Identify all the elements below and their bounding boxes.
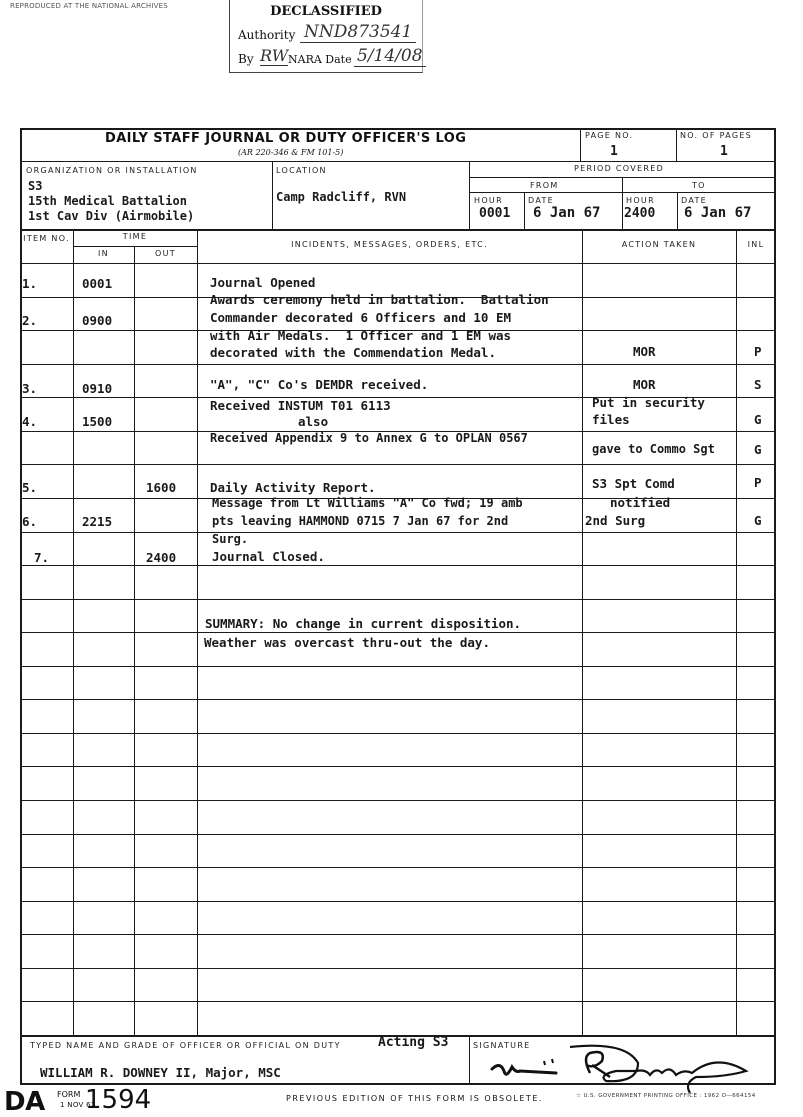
entry-text-line: Daily Activity Report. bbox=[210, 480, 376, 495]
grid-line bbox=[20, 834, 776, 835]
page-no-value: 1 bbox=[610, 144, 618, 159]
entry-action: MOR bbox=[633, 377, 656, 392]
authority-value: NND873541 bbox=[300, 22, 416, 43]
form-word: FORM bbox=[57, 1090, 80, 1099]
grid-line bbox=[20, 968, 776, 969]
organization-label: ORGANIZATION OR INSTALLATION bbox=[26, 166, 198, 175]
page-no-label: PAGE NO. bbox=[585, 131, 633, 140]
authority-label: Authority bbox=[238, 28, 295, 42]
no-of-pages-label: NO. OF PAGES bbox=[680, 131, 752, 140]
organization-line: 15th Medical Battalion bbox=[28, 194, 187, 208]
entry-text-line: Received INSTUM T01 6113 bbox=[210, 398, 391, 413]
grid-line bbox=[20, 599, 776, 600]
no-of-pages-value: 1 bbox=[720, 144, 728, 159]
to-date-value: 6 Jan 67 bbox=[684, 205, 751, 221]
grid-line bbox=[20, 766, 776, 767]
entry-action: 2nd Surg bbox=[585, 513, 645, 528]
entry-text-line: Awards ceremony held in battalion. Batta… bbox=[210, 292, 549, 307]
from-label: FROM bbox=[530, 181, 559, 190]
grid-line bbox=[20, 161, 776, 162]
grid-line bbox=[20, 364, 776, 365]
grid-line bbox=[622, 177, 623, 230]
header-item-no: ITEM NO. bbox=[20, 234, 73, 244]
grid-line bbox=[20, 565, 776, 566]
period-covered-label: PERIOD COVERED bbox=[574, 164, 664, 173]
signature-scrawl-icon bbox=[486, 1043, 776, 1099]
grid-line bbox=[20, 800, 776, 801]
duty-officer-label: TYPED NAME AND GRADE OF OFFICER OR OFFIC… bbox=[30, 1041, 341, 1050]
summary-line: Weather was overcast thru-out the day. bbox=[204, 635, 490, 650]
form-prefix: DA bbox=[4, 1087, 45, 1117]
entry-time-in: 0910 bbox=[82, 381, 112, 396]
grid-line bbox=[20, 699, 776, 700]
entry-action: files bbox=[592, 412, 630, 427]
nara-date-value: 5/14/08 bbox=[354, 46, 426, 67]
entry-item-no: 6. bbox=[22, 514, 37, 529]
header-time: TIME bbox=[73, 232, 197, 241]
entry-time-in: 0900 bbox=[82, 313, 112, 328]
organization-line: 1st Cav Div (Airmobile) bbox=[28, 209, 194, 223]
entry-time-out: 1600 bbox=[146, 480, 176, 495]
duty-officer-name: WILLIAM R. DOWNEY II, Major, MSC bbox=[40, 1065, 281, 1080]
header-inl: INL bbox=[736, 240, 776, 249]
header-incidents: INCIDENTS, MESSAGES, ORDERS, ETC. bbox=[197, 240, 582, 249]
header-action-taken: ACTION TAKEN bbox=[582, 240, 736, 249]
organization-line: S3 bbox=[28, 179, 42, 193]
entry-inl: G bbox=[754, 412, 762, 427]
entry-text-line: also bbox=[298, 414, 328, 429]
entry-time-in: 1500 bbox=[82, 414, 112, 429]
entry-text-line: Surg. bbox=[212, 532, 248, 546]
by-initials: RW bbox=[260, 46, 288, 66]
obsolete-notice: PREVIOUS EDITION OF THIS FORM IS OBSOLET… bbox=[286, 1094, 543, 1103]
header-time-out: OUT bbox=[134, 249, 197, 258]
entry-item-no: 2. bbox=[22, 313, 37, 328]
grid-line bbox=[20, 464, 776, 465]
entry-item-no: 7. bbox=[34, 550, 49, 565]
grid-line bbox=[20, 229, 776, 231]
entry-text-line: Commander decorated 6 Officers and 10 EM bbox=[210, 310, 511, 325]
grid-line bbox=[20, 666, 776, 667]
to-hour-label: HOUR bbox=[626, 196, 655, 205]
from-date-label: DATE bbox=[528, 196, 554, 205]
grid-line bbox=[20, 263, 776, 264]
grid-line bbox=[469, 1035, 470, 1085]
entry-action: S3 Spt Comd bbox=[592, 476, 675, 491]
to-hour-value: 2400 bbox=[624, 206, 655, 221]
declassified-title: DECLASSIFIED bbox=[230, 4, 422, 19]
grid-line bbox=[676, 128, 677, 161]
location-label: LOCATION bbox=[276, 166, 327, 175]
grid-line bbox=[469, 161, 470, 230]
entry-item-no: 4. bbox=[22, 414, 37, 429]
grid-line bbox=[272, 161, 273, 230]
grid-line bbox=[524, 192, 525, 230]
entry-action: MOR bbox=[633, 344, 656, 359]
grid-line bbox=[73, 246, 197, 247]
entry-action: notified bbox=[610, 495, 670, 510]
entry-action: gave to Commo Sgt bbox=[592, 442, 715, 456]
entry-inl: G bbox=[754, 442, 762, 457]
printing-office-note: ☆ U.S. GOVERNMENT PRINTING OFFICE : 1962… bbox=[576, 1093, 756, 1099]
entry-text-line: pts leaving HAMMOND 0715 7 Jan 67 for 2n… bbox=[212, 514, 508, 528]
entry-item-no: 3. bbox=[22, 381, 37, 396]
entry-inl: G bbox=[754, 513, 762, 528]
entry-time-out: 2400 bbox=[146, 550, 176, 565]
grid-line bbox=[20, 532, 776, 533]
entry-text-line: with Air Medals. 1 Officer and 1 EM was bbox=[210, 328, 511, 343]
to-label: TO bbox=[692, 181, 706, 190]
grid-line bbox=[20, 1001, 776, 1002]
grid-line bbox=[580, 128, 581, 161]
from-hour-value: 0001 bbox=[479, 206, 510, 221]
form-number: 1594 bbox=[85, 1085, 151, 1115]
location-value: Camp Radcliff, RVN bbox=[276, 190, 406, 204]
grid-line bbox=[677, 192, 678, 230]
nara-date-label: NARA Date bbox=[288, 53, 352, 66]
entry-time-in: 2215 bbox=[82, 514, 112, 529]
entry-inl: S bbox=[754, 377, 762, 392]
grid-line bbox=[20, 901, 776, 902]
from-date-value: 6 Jan 67 bbox=[533, 205, 600, 221]
entry-text-line: decorated with the Commendation Medal. bbox=[210, 345, 496, 360]
summary-line: SUMMARY: No change in current dispositio… bbox=[205, 616, 521, 631]
grid-line bbox=[20, 867, 776, 868]
duty-officer-role: Acting S3 bbox=[378, 1035, 448, 1050]
entry-item-no: 5. bbox=[22, 480, 37, 495]
entry-text-line: Received Appendix 9 to Annex G to OPLAN … bbox=[210, 431, 528, 445]
from-hour-label: HOUR bbox=[474, 196, 503, 205]
entry-text-line: Journal Closed. bbox=[212, 549, 325, 564]
entry-text-line: Journal Opened bbox=[210, 275, 315, 290]
entry-inl: P bbox=[754, 344, 762, 359]
header-time-in: IN bbox=[73, 249, 134, 258]
by-label: By bbox=[238, 52, 254, 66]
entry-time-in: 0001 bbox=[82, 276, 112, 291]
grid-line bbox=[20, 733, 776, 734]
entry-inl: P bbox=[754, 475, 762, 490]
grid-line bbox=[20, 632, 776, 633]
form-reference: (AR 220-346 & FM 101-5) bbox=[238, 148, 343, 157]
entry-text-line: Message from Lt Williams "A" Co fwd; 19 … bbox=[212, 496, 523, 510]
archive-note: REPRODUCED AT THE NATIONAL ARCHIVES bbox=[10, 2, 168, 10]
declassification-stamp: DECLASSIFIED Authority NND873541 By RW N… bbox=[229, 0, 423, 73]
entry-text-line: "A", "C" Co's DEMDR received. bbox=[210, 377, 428, 392]
entry-action: Put in security bbox=[592, 395, 705, 410]
form-title: DAILY STAFF JOURNAL OR DUTY OFFICER'S LO… bbox=[105, 131, 466, 146]
to-date-label: DATE bbox=[681, 196, 707, 205]
grid-line bbox=[20, 934, 776, 935]
entry-item-no: 1. bbox=[22, 276, 37, 291]
